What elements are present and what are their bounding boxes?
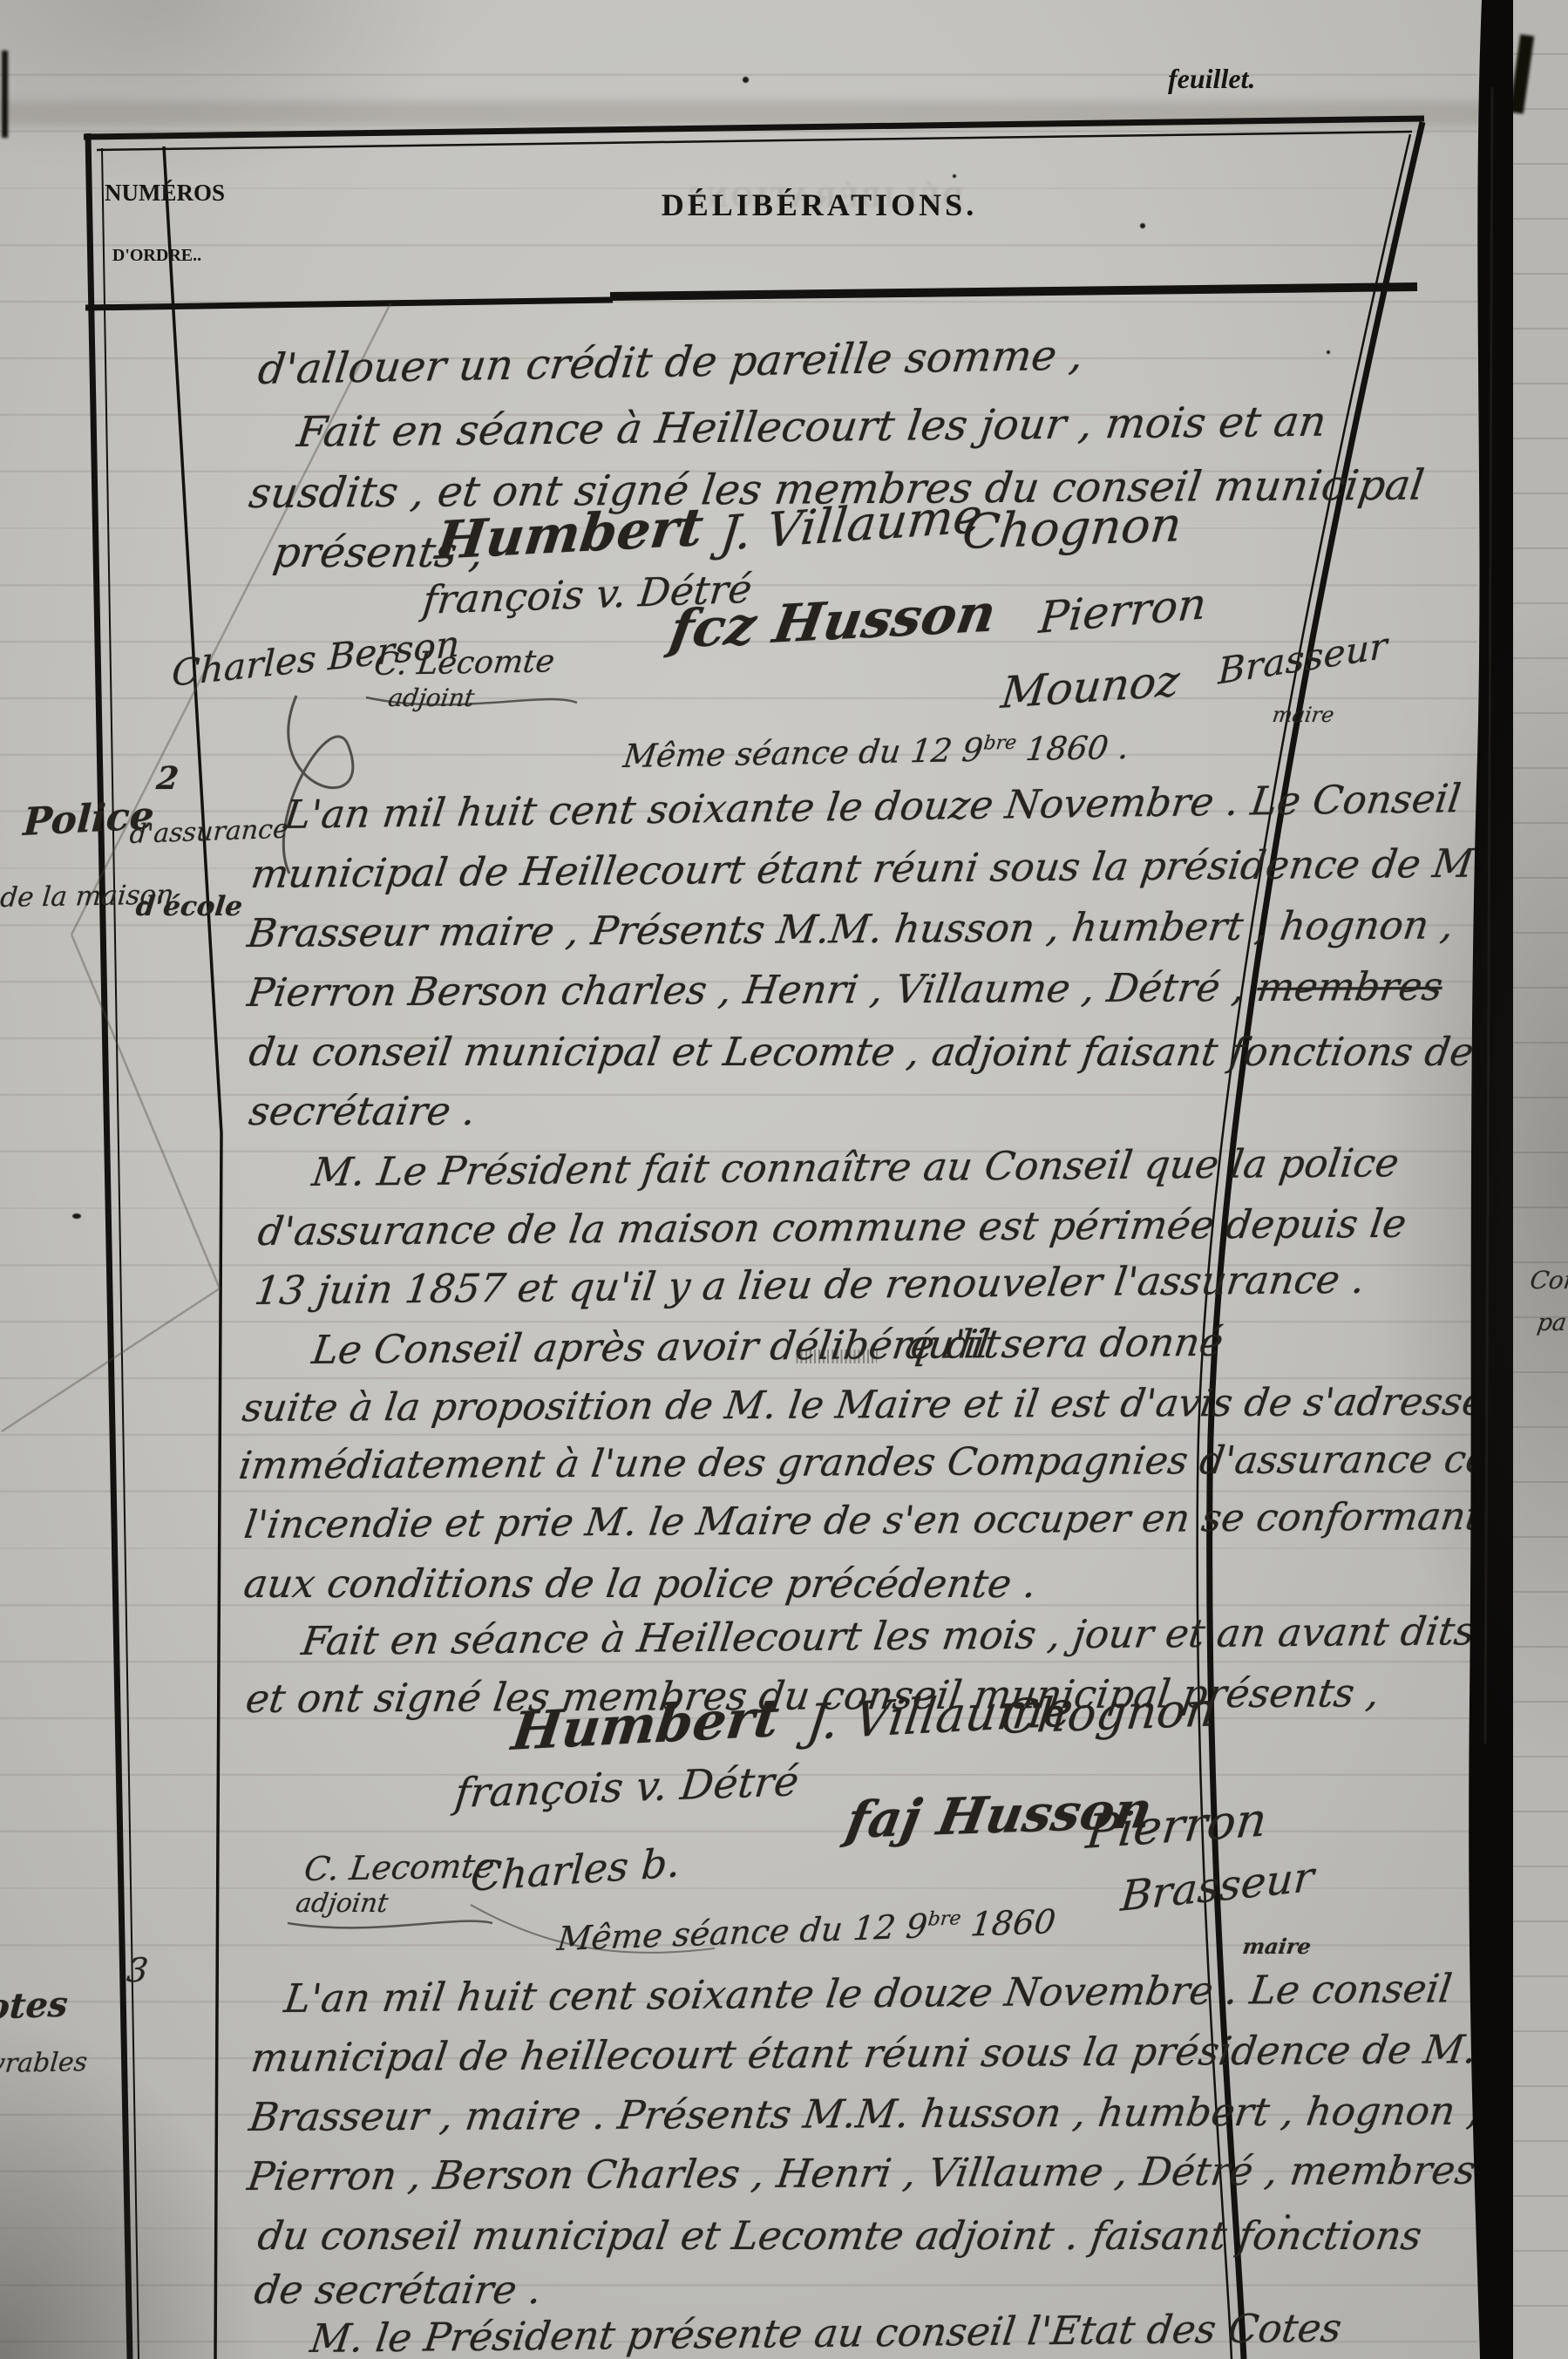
paper-speck [72,1213,81,1219]
seance-heading-2: Même séance du 12 9bre 1860 [555,1902,1057,1958]
handwritten-line: Brasseur , maire . Présents M.M. husson … [247,2088,1483,2140]
handwritten-line: du conseil municipal et Lecomte , adjoin… [247,1029,1477,1075]
handwritten-line: suite à la proposition de M. le Maire et… [240,1379,1506,1431]
numeros-column-header-line1: NUMÉROS [105,180,209,207]
top-shadow-band [0,101,1568,126]
signature-chognon: Chognon [998,1682,1218,1744]
register-page-photo: feuillet. NUMÉROS D'ORDRE.. DÉLIBÉRATION… [0,0,1568,2359]
paper-speck [1286,2214,1290,2219]
handwritten-line: M. Le Président fait connaître au Consei… [309,1139,1402,1195]
paper-speck [1140,223,1145,228]
handwritten-line: immédiatement à l'une des grandes Compag… [236,1437,1568,1488]
handwritten-line: Fait en séance à Heillecourt les jour , … [295,398,1329,457]
adjacent-page-edge: Com pa [1513,0,1568,2359]
handwritten-line: qu'il sera donné [900,1319,1226,1368]
bleedthrough-ghost-text: DÉLIBÉRATIONS. [523,181,1116,214]
handwritten-line: L'an mil huit cent soixante le douze Nov… [282,1965,1455,2022]
paper-speck [743,77,749,83]
signature-lecomte: C. Lecomte [302,1846,497,1888]
seance-heading-1: Même séance du 12 9bre 1860 . [621,729,1131,775]
paper-speck [953,174,956,178]
handwritten-line: 13 juin 1857 et qu'il y a lieu de renouv… [252,1256,1368,1314]
signature-brasseur: Brasseur [1119,1853,1315,1921]
signature-chognon: Chognon [960,496,1184,560]
folio-label: feuillet. [1168,63,1255,95]
entry-number-3: 3 [125,1951,150,1989]
signature-humbert: Humbert [508,1688,782,1763]
handwritten-line: l'incendie et prie M. le Maire de s'en o… [241,1494,1483,1547]
handwritten-line: Pierron , Berson Charles , Henri , Villa… [245,2147,1478,2199]
ink-blotch [2,51,8,138]
signature-humbert: Humbert [432,497,706,572]
struck-word-membres: membres [1254,963,1445,1010]
scratched-out-word [794,1349,879,1363]
adjacent-page-fragment: Com [1528,1266,1568,1295]
paper-speck [1327,350,1330,354]
signature-lecomte-adjoint: adjoint [386,683,476,712]
signature-brasseur-maire: maire [1241,1934,1313,1959]
signature-lecomte-adjoint: adjoint [294,1888,390,1919]
adjacent-page-ruled-lines [1513,0,1568,2359]
signature-francois-detre: françois v. Détré [452,1757,801,1818]
handwritten-line: d'allouer un crédit de pareille somme , [255,331,1086,394]
handwritten-line: Le Conseil après avoir délibéré dit [309,1321,1003,1373]
margin-note-irrecouvrables: irrecouvrables [0,2047,89,2081]
margin-note-cotes: Cotes [0,1984,69,2029]
seance-superscript: bre [982,732,1018,755]
margin-note-assurance: d'assurance [129,814,290,850]
seance-heading-1-year: 1860 . [1014,729,1131,768]
handwritten-line: Fait en séance à Heillecourt les mois , … [299,1608,1477,1664]
seance-superscript: bre [927,1907,961,1930]
handwritten-line: secrétaire . [247,1088,479,1134]
handwritten-line: municipal de Heillecourt étant réuni sou… [248,840,1489,897]
handwritten-line: aux conditions de la police précédente . [241,1560,1040,1607]
handwritten-line: du conseil municipal et Lecomte adjoint … [255,2213,1425,2259]
signature-brasseur: Brasseur [1218,624,1388,692]
signature-pierron: Pierron [1037,578,1209,642]
handwritten-line: Brasseur maire , Présents M.M. husson , … [245,901,1456,956]
signature-mounoz: Mounoz [999,656,1182,718]
signature-lecomte: C. Lecomte [372,643,557,683]
signature-charles: Charles b. [469,1839,682,1900]
handwritten-line: municipal de heillecourt étant réuni sou… [248,2026,1480,2081]
handwritten-line: L'an mil huit cent soixante le douze Nov… [282,775,1463,838]
signature-pierron: Pierron [1083,1792,1269,1859]
handwritten-line: Pierron Berson charles , Henri , Villaum… [245,963,1446,1016]
numeros-column-header-line2: D'ORDRE.. [105,246,209,266]
adjacent-page-fragment: pa [1536,1309,1568,1336]
signature-brasseur-maire: maire [1271,703,1335,727]
margin-note-ecole: d'école [134,891,244,922]
seance-heading-1-text: Même séance du 12 9 [621,731,986,775]
seance-heading-2-text: Même séance du 12 9 [555,1907,929,1958]
seance-heading-2-year: 1860 [958,1902,1057,1944]
handwritten-line: de secrétaire . [252,2267,545,2313]
entry-number-2: 2 [155,760,180,797]
line-text: Pierron Berson charles , Henri , Villaum… [245,964,1248,1016]
handwritten-line: d'assurance de la maison commune est pér… [255,1200,1409,1254]
